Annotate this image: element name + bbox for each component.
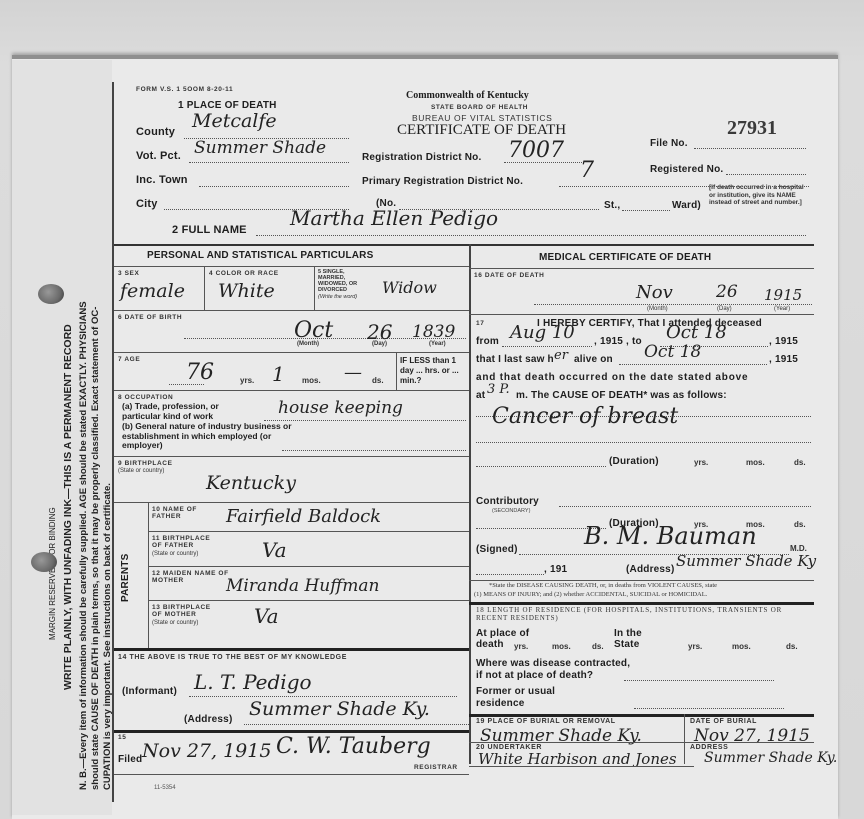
rule <box>204 266 205 310</box>
rule <box>148 531 469 532</box>
registered-no-line <box>726 174 806 175</box>
last-saw-year: , 1915 <box>769 354 798 365</box>
disease-contracted-label: Where was disease contracted, if not at … <box>476 658 636 682</box>
instruction-note-line-1: N. B.—Every item of information should b… <box>78 301 89 790</box>
rule <box>114 390 469 391</box>
margin-reserved-text: MARGIN RESERVED FOR BINDING <box>48 507 57 640</box>
state-years-unit: yrs. <box>688 642 702 651</box>
registration-district-label: Registration District No. <box>362 152 481 163</box>
rule <box>148 566 469 567</box>
full-name-label: 2 FULL NAME <box>172 224 247 236</box>
rule <box>684 714 685 764</box>
state-months-unit: mos. <box>732 642 751 651</box>
full-name-value: Martha Ellen Pedigo <box>290 206 498 230</box>
marital-status-label: 5 SINGLE, MARRIED, WIDOWED, OR DIVORCED <box>318 269 363 293</box>
undertaker-address-value: Summer Shade Ky. <box>704 750 837 766</box>
cause-of-death-value: Cancer of breast <box>492 404 678 429</box>
stamped-file-number: 27931 <box>727 117 777 140</box>
rule <box>469 742 814 743</box>
burial-date-label: DATE OF BURIAL <box>690 718 757 725</box>
write-plainly-warning: WRITE PLAINLY, WITH UNFADING INK—THIS IS… <box>62 324 74 690</box>
place-days-unit: ds. <box>592 642 604 651</box>
rule <box>114 456 469 457</box>
place-years-unit: yrs. <box>514 642 528 651</box>
rule <box>148 600 469 601</box>
certificate-title: CERTIFICATE OF DEATH <box>397 122 566 139</box>
primary-district-value: 7 <box>580 158 594 183</box>
full-name-line <box>256 235 806 236</box>
father-birthplace-sublabel: (State or country) <box>152 551 198 557</box>
informant-heading: 14 THE ABOVE IS TRUE TO THE BEST OF MY K… <box>118 654 347 661</box>
rule <box>469 766 694 767</box>
physician-address-label: (Address) <box>626 564 674 575</box>
physician-signature: B. M. Bauman <box>584 522 757 550</box>
death-day: 26 <box>716 282 738 302</box>
death-year: 1915 <box>764 286 802 304</box>
last-saw-value: Oct 18 <box>644 342 701 362</box>
rule <box>114 648 469 651</box>
vot-pct-line <box>189 162 349 163</box>
alive-on-label: alive on <box>574 354 613 365</box>
from-line <box>502 346 592 347</box>
cause-footnote-line-1: *State the DISEASE CAUSING DEATH, or, in… <box>489 582 717 589</box>
registrar-signature: C. W. Tauberg <box>276 734 431 759</box>
race-value: White <box>218 280 275 302</box>
marital-status-value: Widow <box>382 278 437 297</box>
at-label: at <box>476 390 485 401</box>
year-caption: (Year) <box>429 341 446 347</box>
death-occurred-statement: and that death occurred on the date stat… <box>476 372 748 383</box>
ward-label: Ward) <box>672 200 701 211</box>
race-label: 4 COLOR OR RACE <box>209 270 279 277</box>
occupation-a-line <box>264 420 466 421</box>
death-year-caption: (Year) <box>774 306 790 312</box>
father-birthplace-label: 11 BIRTHPLACE OF FATHER <box>152 535 222 549</box>
sex-label: 3 SEX <box>118 270 139 277</box>
registration-district-value: 7007 <box>508 138 564 163</box>
age-label: 7 AGE <box>118 356 140 363</box>
year-end-label: , 1915 <box>769 336 798 347</box>
age-days: — <box>344 362 362 383</box>
rule <box>469 268 814 269</box>
informant-line <box>189 696 457 697</box>
disease-contracted-line <box>624 680 774 681</box>
time-of-death: 3 P. <box>487 382 510 397</box>
birthplace-label: 9 BIRTHPLACE <box>118 460 173 467</box>
days-unit: ds. <box>372 376 384 385</box>
rule <box>114 774 469 775</box>
instruction-note-line-2: should state CAUSE OF DEATH in plain ter… <box>90 307 101 790</box>
months-unit: mos. <box>302 376 321 385</box>
less-than-day-field: IF LESS than 1 day ... hrs. or ... min.? <box>400 356 468 386</box>
certify-number: 17 <box>476 320 484 327</box>
death-certificate-form: FORM V.S. 1 5OOM 8-20-11 1 PLACE OF DEAT… <box>112 82 830 802</box>
contrib-days-unit: ds. <box>794 520 806 529</box>
rule <box>469 314 814 315</box>
last-saw-label: that I last saw h <box>476 354 554 365</box>
column-divider <box>469 244 471 764</box>
hospital-instruction-note: [If death occurred in a hospital or inst… <box>709 184 809 207</box>
death-month: Nov <box>636 282 673 303</box>
contributory-label: Contributory <box>476 496 539 507</box>
duration-years-unit: yrs. <box>694 458 708 467</box>
years-unit: yrs. <box>240 376 254 385</box>
form-number: FORM V.S. 1 5OOM 8-20-11 <box>136 86 233 93</box>
attended-from-value: Aug 10 <box>510 322 575 343</box>
registered-no-label: Registered No. <box>650 164 723 175</box>
rule <box>469 714 814 717</box>
from-label: from <box>476 336 499 347</box>
burial-place-value: Summer Shade Ky. <box>480 726 642 746</box>
rule <box>469 602 814 605</box>
punch-hole-upper <box>38 284 64 304</box>
age-years: 76 <box>186 360 214 385</box>
date-of-death-label: 16 DATE OF DEATH <box>474 272 544 279</box>
cause-footnote-line-2: (1) MEANS OF INJURY; and (2) whether ACC… <box>474 591 707 598</box>
duration-months-unit: mos. <box>746 458 765 467</box>
mother-birthplace-sublabel: (State or country) <box>152 620 198 626</box>
punch-hole-lower <box>31 552 57 572</box>
date-of-death-line <box>534 304 812 305</box>
burial-place-label: 19 PLACE OF BURIAL OR REMOVAL <box>476 718 616 725</box>
inc-town-line <box>199 186 349 187</box>
in-the-state-label: In the State <box>614 628 664 650</box>
burial-date-value: Nov 27, 1915 <box>694 726 810 746</box>
informant-label: (Informant) <box>122 686 177 697</box>
informant-value: L. T. Pedigo <box>194 670 312 694</box>
place-months-unit: mos. <box>552 642 571 651</box>
vot-pct-label: Vot. Pct. <box>136 150 181 162</box>
rule <box>114 266 469 267</box>
city-label: City <box>136 198 158 210</box>
attended-to-value: Oct 18 <box>666 322 727 343</box>
father-birthplace-value: Va <box>262 538 287 562</box>
age-months: 1 <box>272 362 285 386</box>
signed-date-prefix: , 191 <box>544 564 567 575</box>
informant-address-label: (Address) <box>184 714 232 725</box>
cause-line-2 <box>476 442 811 443</box>
marital-status-sublabel: (Write the word) <box>318 294 357 300</box>
rule <box>114 730 469 733</box>
occupation-label: 8 OCCUPATION <box>118 394 173 401</box>
file-no-label: File No. <box>650 138 688 149</box>
dob-year: 1839 <box>412 322 455 342</box>
contributory-line <box>559 506 811 507</box>
sex-value: female <box>120 280 185 302</box>
father-name-label: 10 NAME OF FATHER <box>152 506 222 520</box>
signed-date-line <box>476 574 544 575</box>
county-value: Metcalfe <box>192 110 277 132</box>
occupation-a-label: (a) Trade, profession, or particular kin… <box>122 402 240 421</box>
rule <box>114 502 469 503</box>
former-residence-label: Former or usual residence <box>476 686 586 710</box>
mother-birthplace-value: Va <box>254 604 279 628</box>
rule <box>469 580 814 581</box>
mother-maiden-name-label: 12 MAIDEN NAME OF MOTHER <box>152 570 232 584</box>
birthplace-sublabel: (State or country) <box>118 468 164 474</box>
filed-number: 15 <box>118 734 126 741</box>
mother-maiden-name-value: Miranda Huffman <box>226 576 380 596</box>
parents-side-label: PARENTS <box>120 554 131 602</box>
state-board-of-health: STATE BOARD OF HEALTH <box>431 104 528 111</box>
occupation-b-line <box>282 450 466 451</box>
primary-district-label: Primary Registration District No. <box>362 176 523 187</box>
medical-certificate-heading: MEDICAL CERTIFICATE OF DEATH <box>539 252 711 263</box>
death-month-caption: (Month) <box>647 306 668 312</box>
commonwealth-title: Commonwealth of Kentucky <box>406 90 529 101</box>
primary-district-line <box>559 186 809 187</box>
rule <box>396 352 397 390</box>
informant-address-value: Summer Shade Ky. <box>249 698 430 720</box>
street-line <box>622 210 670 211</box>
registrar-label: REGISTRAR <box>414 764 458 771</box>
inc-town-label: Inc. Town <box>136 174 188 186</box>
rule <box>114 352 469 353</box>
duration-days-unit: ds. <box>794 458 806 467</box>
filed-label: Filed <box>118 754 142 765</box>
street-label: St., <box>604 200 620 211</box>
last-saw-line <box>619 364 767 365</box>
occupation-b-label: (b) General nature of industry business … <box>122 422 302 451</box>
secondary-label: (SECONDARY) <box>492 508 530 514</box>
death-day-caption: (Day) <box>717 306 732 312</box>
physician-address-value: Summer Shade Ky <box>676 552 816 570</box>
form-bottom-code: 11-5354 <box>154 785 176 791</box>
duration-label: (Duration) <box>609 456 659 467</box>
occupation-a-value: house keeping <box>278 398 403 418</box>
dob-month: Oct <box>294 318 333 343</box>
former-residence-line <box>634 708 784 709</box>
month-caption: (Month) <box>297 341 319 347</box>
day-caption: (Day) <box>372 341 387 347</box>
section-divider-top <box>114 244 814 246</box>
signed-label: (Signed) <box>476 544 518 555</box>
last-saw-pronoun: er <box>554 348 568 363</box>
rule <box>114 310 469 311</box>
dob-label: 6 DATE OF BIRTH <box>118 314 182 321</box>
state-days-unit: ds. <box>786 642 798 651</box>
filed-date: Nov 27, 1915 <box>142 740 271 762</box>
cause-intro: m. The CAUSE OF DEATH* was as follows: <box>516 390 727 401</box>
rule <box>148 502 149 650</box>
cause-line-3 <box>476 466 606 467</box>
year-to-label: , 1915 , to <box>594 336 642 347</box>
mother-birthplace-label: 13 BIRTHPLACE OF MOTHER <box>152 604 222 618</box>
length-of-residence-heading: 18 LENGTH OF RESIDENCE (FOR HOSPITALS, I… <box>476 606 806 622</box>
informant-address-line <box>244 724 469 725</box>
county-label: County <box>136 126 175 138</box>
father-name-value: Fairfield Baldock <box>226 506 381 527</box>
file-no-line <box>694 148 806 149</box>
personal-particulars-heading: PERSONAL AND STATISTICAL PARTICULARS <box>147 250 373 261</box>
birthplace-value: Kentucky <box>206 472 296 494</box>
vot-pct-value: Summer Shade <box>194 138 326 158</box>
rule <box>314 266 315 310</box>
